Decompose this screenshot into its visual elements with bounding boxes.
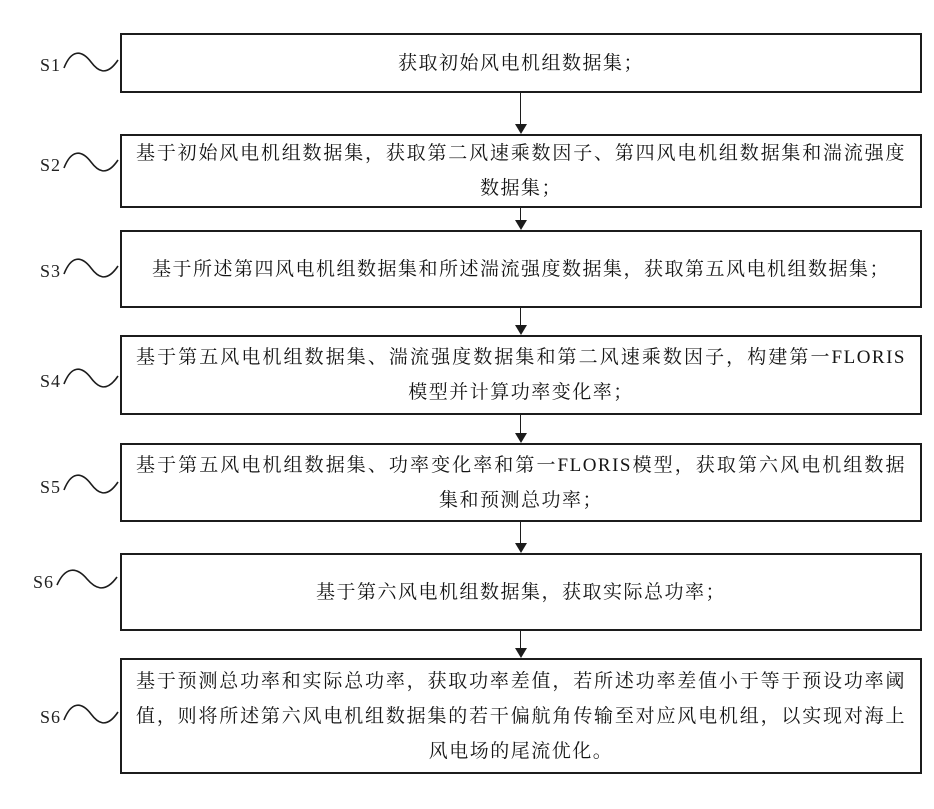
arrow-line (520, 208, 522, 220)
arrow-head (515, 543, 527, 553)
step-text: 基于第六风电机组数据集，获取实际总功率； (136, 575, 906, 610)
step-text: 基于第五风电机组数据集、功率变化率和第一FLORIS模型，获取第六风电机组数据集… (136, 448, 906, 518)
step-label-text: S6 (33, 572, 54, 593)
flowchart-figure: S1 S2 S3 S4 S5 S6 S6 获取初始风电机组数据集； 基于初始风电… (0, 0, 934, 809)
step-box-3: 基于所述第四风电机组数据集和所述湍流强度数据集，获取第五风电机组数据集； (120, 230, 922, 308)
step-label-text: S3 (40, 261, 61, 282)
connector-squiggle-icon (62, 470, 120, 504)
step-box-1: 获取初始风电机组数据集； (120, 33, 922, 93)
step-label-text: S1 (40, 55, 61, 76)
connector-squiggle-icon (62, 364, 120, 398)
step-label-text: S5 (40, 477, 61, 498)
step-label-s7: S6 (40, 700, 120, 734)
step-box-7: 基于预测总功率和实际总功率，获取功率差值，若所述功率差值小于等于预设功率阈值，则… (120, 658, 922, 774)
step-text: 基于所述第四风电机组数据集和所述湍流强度数据集，获取第五风电机组数据集； (136, 252, 906, 287)
arrow-line (520, 415, 522, 433)
arrow-head (515, 220, 527, 230)
step-label-s3: S3 (40, 254, 120, 288)
step-text: 基于初始风电机组数据集，获取第二风速乘数因子、第四风电机组数据集和湍流强度数据集… (136, 136, 906, 206)
step-box-4: 基于第五风电机组数据集、湍流强度数据集和第二风速乘数因子，构建第一FLORIS模… (120, 335, 922, 415)
flow-arrow-icon (514, 93, 527, 134)
step-label-s1: S1 (40, 48, 120, 82)
step-label-s6: S6 (33, 565, 119, 599)
arrow-head (515, 433, 527, 443)
flow-arrow-icon (514, 208, 527, 230)
step-label-text: S4 (40, 371, 61, 392)
arrow-line (520, 631, 522, 648)
step-label-s5: S5 (40, 470, 120, 504)
step-label-s4: S4 (40, 364, 120, 398)
flow-arrow-icon (514, 631, 527, 658)
step-text: 获取初始风电机组数据集； (136, 46, 906, 81)
connector-squiggle-icon (55, 565, 119, 599)
step-text: 基于第五风电机组数据集、湍流强度数据集和第二风速乘数因子，构建第一FLORIS模… (136, 340, 906, 410)
arrow-head (515, 325, 527, 335)
flow-arrow-icon (514, 415, 527, 443)
step-label-text: S2 (40, 155, 61, 176)
arrow-line (520, 308, 522, 325)
arrow-line (520, 93, 522, 124)
step-label-s2: S2 (40, 148, 120, 182)
arrow-head (515, 124, 527, 134)
flow-arrow-icon (514, 308, 527, 335)
step-box-2: 基于初始风电机组数据集，获取第二风速乘数因子、第四风电机组数据集和湍流强度数据集… (120, 134, 922, 208)
connector-squiggle-icon (62, 148, 120, 182)
flow-arrow-icon (514, 522, 527, 553)
step-label-text: S6 (40, 707, 61, 728)
step-box-6: 基于第六风电机组数据集，获取实际总功率； (120, 553, 922, 631)
connector-squiggle-icon (62, 700, 120, 734)
arrow-head (515, 648, 527, 658)
step-text: 基于预测总功率和实际总功率，获取功率差值，若所述功率差值小于等于预设功率阈值，则… (136, 664, 906, 769)
step-box-5: 基于第五风电机组数据集、功率变化率和第一FLORIS模型，获取第六风电机组数据集… (120, 443, 922, 522)
arrow-line (520, 522, 522, 543)
connector-squiggle-icon (62, 48, 120, 82)
connector-squiggle-icon (62, 254, 120, 288)
